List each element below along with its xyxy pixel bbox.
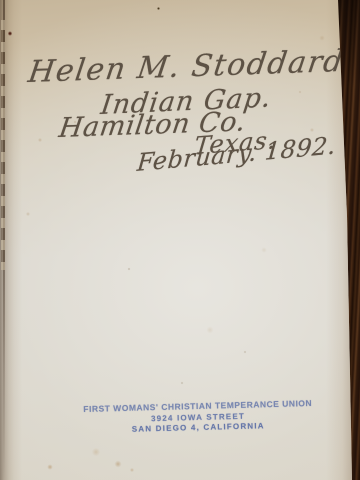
- book-photo: Helen M. Stoddard. Indian Gap. Hamilton …: [0, 0, 360, 480]
- binding-stitches: [1, 20, 5, 270]
- ink-speck: [157, 7, 160, 10]
- book-flyleaf-page: Helen M. Stoddard. Indian Gap. Hamilton …: [0, 0, 360, 480]
- inscription-name: Helen M. Stoddard.: [26, 43, 358, 90]
- ink-speck: [8, 31, 12, 36]
- ownership-stamp: FIRST WOMANS' CHRISTIAN TEMPERANCE UNION…: [64, 397, 333, 435]
